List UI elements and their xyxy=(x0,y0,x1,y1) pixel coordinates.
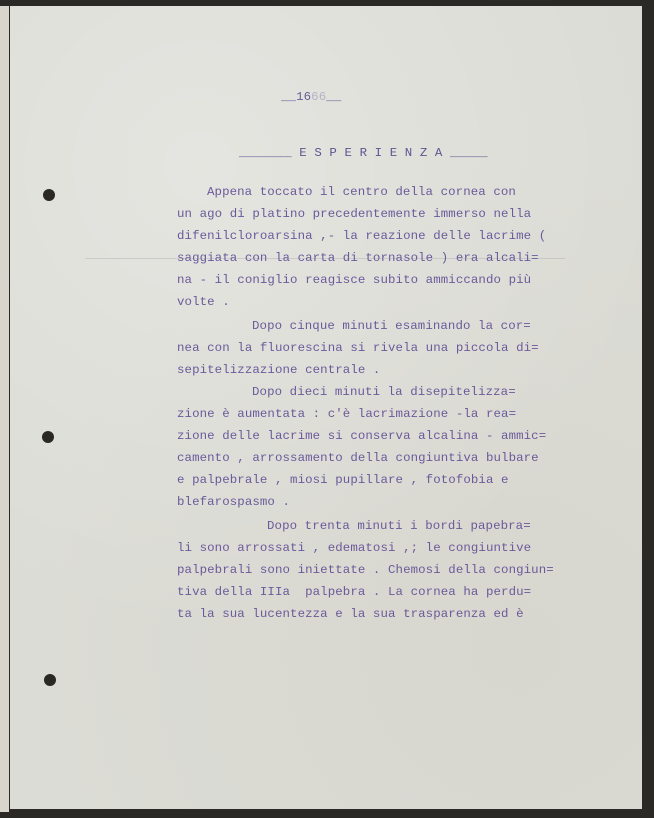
document-page: __1666__ _______ E S P E R I E N Z A ___… xyxy=(10,6,642,809)
text-line: li sono arrossati , edematosi ,; le cong… xyxy=(177,541,531,555)
text-line: palpebrali sono iniettate . Chemosi dell… xyxy=(177,563,554,577)
text-line: Dopo trenta minuti i bordi papebra= xyxy=(267,519,531,533)
text-line: zione è aumentata : c'è lacrimazione -la… xyxy=(177,407,516,421)
text-line: sepitelizzazione centrale . xyxy=(177,363,380,377)
text-line: blefarospasmo . xyxy=(177,495,290,509)
page-number-digits: 16 xyxy=(296,90,311,104)
scanned-document: __1666__ _______ E S P E R I E N Z A ___… xyxy=(0,0,654,818)
punch-hole-top xyxy=(43,189,55,201)
text-line: un ago di platino precedentemente immers… xyxy=(177,207,531,221)
text-line: e palpebrale , miosi pupillare , fotofob… xyxy=(177,473,509,487)
text-line: difenilcloroarsina ,- la reazione delle … xyxy=(177,229,546,243)
text-line: nea con la fluorescina si rivela una pic… xyxy=(177,341,539,355)
punch-hole-middle xyxy=(42,431,54,443)
text-line: Dopo cinque minuti esaminando la cor= xyxy=(252,319,531,333)
text-line: ta la sua lucentezza e la sua trasparenz… xyxy=(177,607,524,621)
text-line: Dopo dieci minuti la disepitelizza= xyxy=(252,385,516,399)
section-heading: _______ E S P E R I E N Z A _____ xyxy=(239,146,488,160)
text-line: saggiata con la carta di tornasole ) era… xyxy=(177,251,539,265)
text-line: tiva della IIIa palpebra . La cornea ha … xyxy=(177,585,531,599)
punch-hole-bottom xyxy=(44,674,56,686)
text-line: camento , arrossamento della congiuntiva… xyxy=(177,451,539,465)
text-line: Appena toccato il centro della cornea co… xyxy=(207,185,516,199)
text-line: zione delle lacrime si conserva alcalina… xyxy=(177,429,546,443)
underlying-sheet-edge xyxy=(0,6,9,812)
page-number-prefix: __ xyxy=(281,90,296,104)
page-number-faint-digits: 66 xyxy=(311,90,326,104)
text-line: volte . xyxy=(177,295,230,309)
text-line: na - il coniglio reagisce subito ammicca… xyxy=(177,273,531,287)
page-number-suffix: __ xyxy=(326,90,341,104)
page-number: __1666__ xyxy=(281,90,341,104)
